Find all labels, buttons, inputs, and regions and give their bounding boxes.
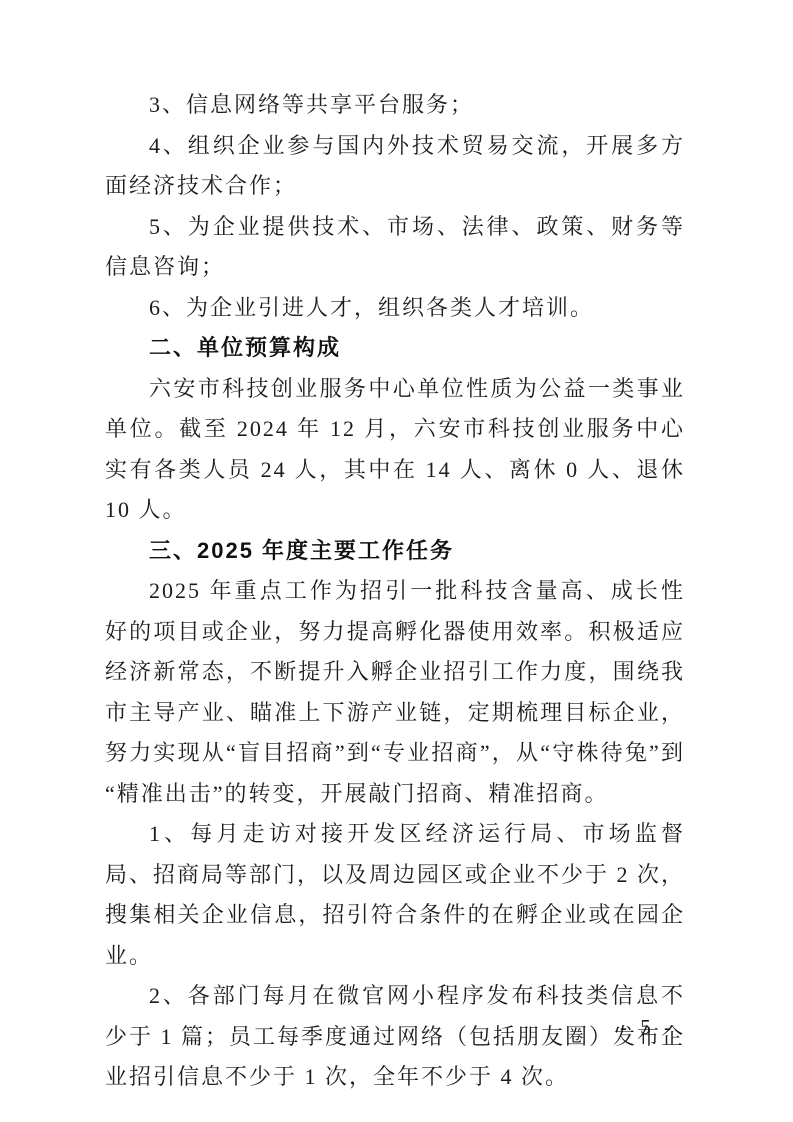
paragraph-tasks-overview: 2025 年重点工作为招引一批科技含量高、成长性好的项目或企业，努力提高孵化器使…: [105, 571, 685, 814]
list-item-task-2: 2、各部门每月在微官网小程序发布科技类信息不少于 1 篇；员工每季度通过网络（包…: [105, 976, 685, 1098]
section-heading-tasks: 三、2025 年度主要工作任务: [105, 531, 685, 572]
section-heading-budget: 二、单位预算构成: [105, 328, 685, 369]
document-body: 3、信息网络等共享平台服务； 4、组织企业参与国内外技术贸易交流，开展多方面经济…: [105, 85, 685, 1098]
list-item-services-5: 5、为企业提供技术、市场、法律、政策、财务等信息咨询；: [105, 207, 685, 288]
list-item-services-6: 6、为企业引进人才，组织各类人才培训。: [105, 288, 685, 329]
page: 3、信息网络等共享平台服务； 4、组织企业参与国内外技术贸易交流，开展多方面经济…: [0, 0, 793, 1122]
list-item-services-3: 3、信息网络等共享平台服务；: [105, 85, 685, 126]
list-item-task-1: 1、每月走访对接开发区经济运行局、市场监督局、招商局等部门，以及周边园区或企业不…: [105, 814, 685, 976]
list-item-services-4: 4、组织企业参与国内外技术贸易交流，开展多方面经济技术合作；: [105, 126, 685, 207]
paragraph-budget-overview: 六安市科技创业服务中心单位性质为公益一类事业单位。截至 2024 年 12 月，…: [105, 369, 685, 531]
page-number: - 5 -: [620, 1015, 675, 1040]
